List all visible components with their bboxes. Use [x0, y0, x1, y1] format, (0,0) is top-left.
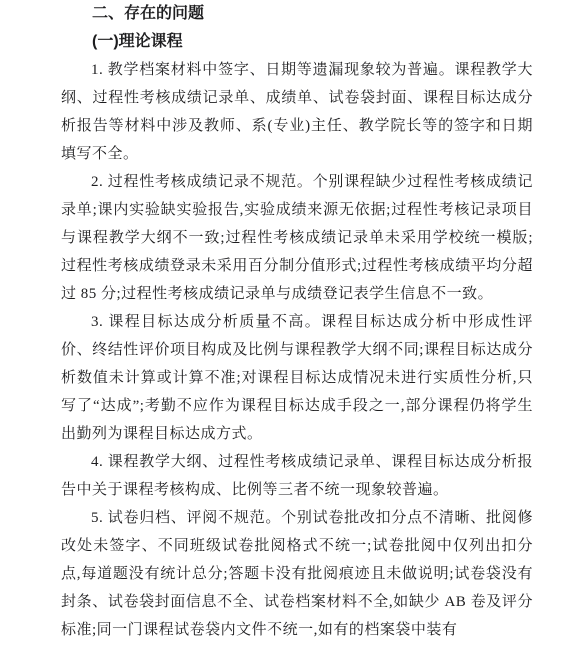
paragraph-1: 1. 教学档案材料中签字、日期等遗漏现象较为普遍。课程教学大纲、过程性考核成绩记… — [61, 56, 533, 168]
paragraph-5: 5. 试卷归档、评阅不规范。个别试卷批改扣分点不清晰、批阅修改处未签字、不同班级… — [61, 504, 533, 644]
subsection-heading: (一)理论课程 — [61, 28, 533, 56]
document-body: 二、存在的问题 (一)理论课程 1. 教学档案材料中签字、日期等遗漏现象较为普遍… — [61, 0, 533, 644]
paragraph-3: 3. 课程目标达成分析质量不高。课程目标达成分析中形成性评价、终结性评价项目构成… — [61, 308, 533, 448]
paragraph-2: 2. 过程性考核成绩记录不规范。个别课程缺少过程性考核成绩记录单;课内实验缺实验… — [61, 168, 533, 308]
paragraph-4: 4. 课程教学大纲、过程性考核成绩记录单、课程目标达成分析报告中关于课程考核构成… — [61, 448, 533, 504]
document-page: { "page": { "background": "#ffffff", "te… — [0, 0, 588, 672]
section-heading: 二、存在的问题 — [61, 0, 533, 28]
